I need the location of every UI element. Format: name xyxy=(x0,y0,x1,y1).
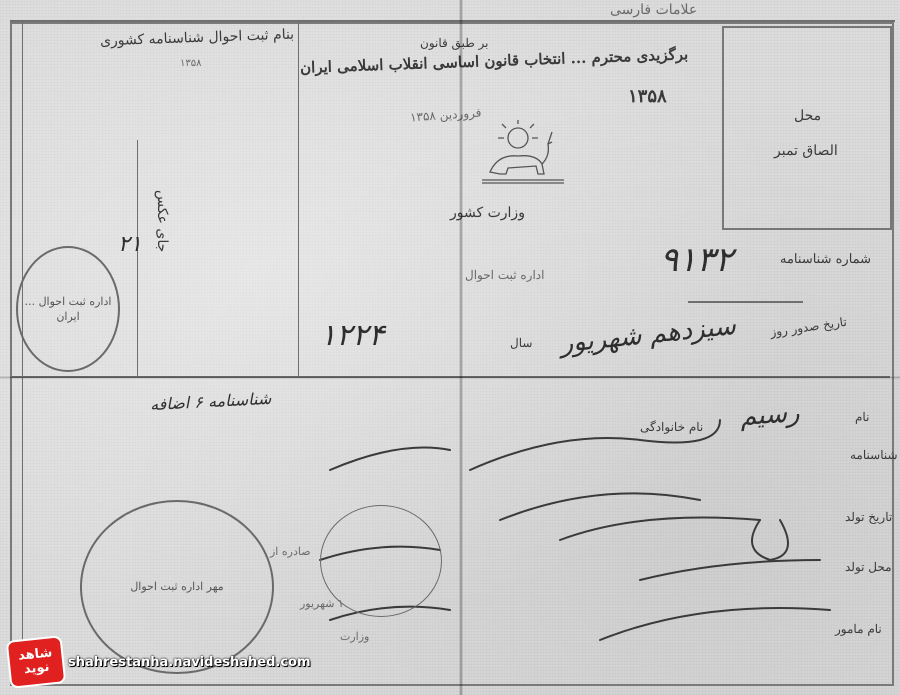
document-scan: علامات فارسی بنام ثبت احوال شناسنامه کشو… xyxy=(0,0,900,695)
bottom-note-2: ۱ شهریور xyxy=(300,597,344,610)
bottom-note-3: وزارت xyxy=(340,630,369,643)
horizontal-fold xyxy=(0,376,900,379)
vertical-fold xyxy=(459,0,463,695)
bottom-note-1: صادره از xyxy=(270,545,311,558)
navideshahed-logo: شاهد نوید xyxy=(8,637,64,686)
site-watermark: شاهد نوید shahrestanha.navideshahed.com xyxy=(10,640,311,684)
bottom-seal-text: مهر اداره ثبت احوال xyxy=(130,579,223,594)
logo-text-bottom: نوید xyxy=(23,661,50,677)
watermark-url: shahrestanha.navideshahed.com xyxy=(68,655,311,670)
